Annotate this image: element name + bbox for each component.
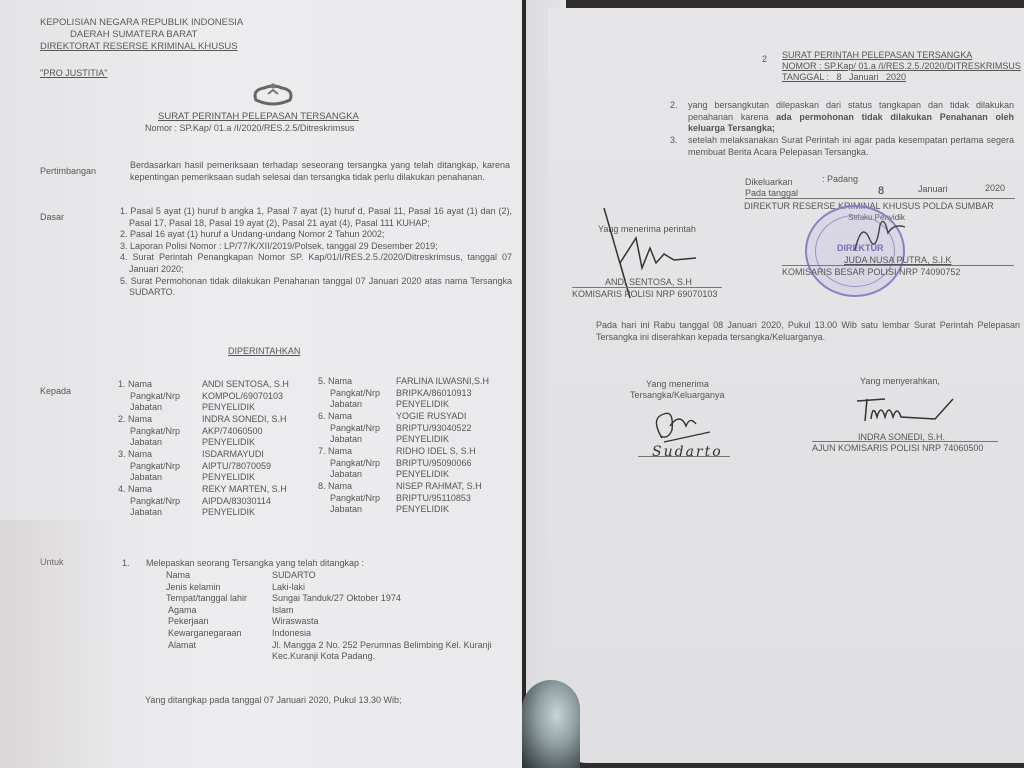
officer-nama: ISDARMAYUDI [202, 449, 264, 459]
officer-jabatan: PENYELIDIK [396, 469, 449, 479]
officer-nama: NISEP RAHMAT, S.H [396, 481, 482, 491]
officer-jabatan-label: Jabatan [130, 507, 162, 517]
dasar-list: 1. Pasal 5 ayat (1) huruf b angka 1, Pas… [120, 206, 512, 299]
item-2-number: 2. [670, 100, 678, 112]
suspect-field-value: Laki-laki [272, 582, 514, 594]
suspect-field-value: Jl. Mangga 2 No. 252 Perumnas Belimbing … [272, 640, 514, 663]
officer-jabatan: PENYELIDIK [202, 437, 255, 447]
director-rank: KOMISARIS BESAR POLISI NRP 74090752 [782, 267, 960, 279]
officer-jabatan: PENYELIDIK [202, 507, 255, 517]
officer-pangkat-label: Pangkat/Nrp [330, 423, 380, 433]
officer-jabatan-label: Jabatan [330, 399, 362, 409]
suspect-field-value: Indonesia [272, 628, 514, 640]
officer-nama-label: 5. Nama [318, 376, 352, 386]
officer-pangkat-label: Pangkat/Nrp [130, 461, 180, 471]
svg-text:Sudarto: Sudarto [652, 444, 723, 460]
officer-nama: FARLINA ILWASNI,S.H [396, 376, 489, 386]
officer-jabatan: PENYELIDIK [396, 399, 449, 409]
issued-place-label: Dikeluarkan [745, 177, 793, 189]
officer-jabatan-label: Jabatan [330, 469, 362, 479]
officer-nama: INDRA SONEDI, S.H [202, 414, 287, 424]
dasar-item: 1. Pasal 5 ayat (1) huruf b angka 1, Pas… [120, 206, 512, 229]
receiver-rank: KOMISARIS POLISI NRP 69070103 [572, 289, 717, 301]
officer-pangkat: KOMPOL/69070103 [202, 391, 283, 401]
suspect-field-label: Jenis kelamin [166, 582, 221, 592]
issued-date-month: Januari [918, 184, 948, 196]
dasar-item: 4. Surat Perintah Penangkapan Nomor SP. … [120, 252, 512, 275]
untuk-label: Untuk [40, 557, 64, 569]
family-label-2: Tersangka/Keluarganya [630, 390, 725, 402]
issued-date-year: 2020 [985, 183, 1005, 195]
family-label-1: Yang menerima [646, 379, 709, 391]
item-3-number: 3. [670, 135, 678, 147]
date-underline [745, 198, 1015, 199]
dasar-item: 5. Surat Permohonan tidak dilakukan Pena… [120, 276, 512, 299]
officer-pangkat-label: Pangkat/Nrp [130, 391, 180, 401]
officer-pangkat: BRIPTU/93040522 [396, 423, 472, 433]
officer-nama-label: 6. Nama [318, 411, 352, 421]
header-line-3: DIREKTORAT RESERSE KRIMINAL KHUSUS [40, 41, 238, 53]
handover-signature [855, 395, 955, 425]
dasar-item: 2. Pasal 16 ayat (1) huruf a Undang-unda… [120, 229, 512, 241]
officer-nama: RIDHO IDEL S, S.H [396, 446, 476, 456]
suspect-field-label: Kewarganegaraan [168, 628, 242, 638]
officer-pangkat-label: Pangkat/Nrp [130, 496, 180, 506]
handover-signature-line [812, 441, 998, 442]
family-signature-line [638, 456, 730, 457]
officer-nama: YOGIE RUSYADI [396, 411, 466, 421]
glass-bottle-object [522, 680, 580, 768]
header-line-1: KEPOLISIAN NEGARA REPUBLIK INDONESIA [40, 17, 243, 29]
officer-pangkat-label: Pangkat/Nrp [330, 493, 380, 503]
untuk-number: 1. [122, 558, 130, 570]
ref-number: 2 [762, 54, 767, 66]
receiver-signature-line [572, 287, 722, 288]
suspect-field-value: SUDARTO [272, 570, 514, 582]
handover-label: Yang menyerahkan, [860, 376, 940, 388]
pro-justitia: "PRO JUSTITIA" [40, 68, 107, 80]
officer-nama-label: 7. Nama [318, 446, 352, 456]
officer-nama-label: 1. Nama [118, 379, 152, 389]
document-number: Nomor : SP.Kap/ 01.a /I/2020/RES.2.5/Dit… [145, 123, 354, 135]
officer-jabatan-label: Jabatan [330, 434, 362, 444]
left-document-page: KEPOLISIAN NEGARA REPUBLIK INDONESIA DAE… [0, 0, 522, 768]
ref-nomor: NOMOR : SP.Kap/ 01.a /I/RES.2.5./2020/DI… [782, 61, 1021, 73]
officer-pangkat-label: Pangkat/Nrp [330, 458, 380, 468]
officer-pangkat: AKP/74060500 [202, 426, 263, 436]
suspect-field-label: Agama [168, 605, 197, 615]
officer-nama-label: 8. Nama [318, 481, 352, 491]
officer-jabatan-label: Jabatan [330, 504, 362, 514]
pertimbangan-text: Berdasarkan hasil pemeriksaan terhadap s… [130, 160, 510, 183]
item-2-text: yang bersangkutan dilepaskan dari status… [688, 100, 1014, 135]
suspect-field-value: Islam [272, 605, 514, 617]
dasar-item: 3. Laporan Polisi Nomor : LP/77/K/XII/20… [120, 241, 512, 253]
officer-jabatan-label: Jabatan [130, 472, 162, 482]
family-signature: Sudarto [650, 408, 720, 458]
officer-jabatan-label: Jabatan [130, 437, 162, 447]
officer-jabatan: PENYELIDIK [202, 472, 255, 482]
officer-nama-label: 2. Nama [118, 414, 152, 424]
kepada-label: Kepada [40, 386, 71, 398]
suspect-field-value: Wiraswasta [272, 616, 514, 628]
officer-pangkat-label: Pangkat/Nrp [130, 426, 180, 436]
officer-pangkat: AIPTU/78070059 [202, 461, 271, 471]
officer-jabatan-label: Jabatan [130, 402, 162, 412]
police-emblem-icon [250, 80, 296, 108]
officer-pangkat: BRIPKA/86010913 [396, 388, 472, 398]
officer-jabatan: PENYELIDIK [202, 402, 255, 412]
dasar-label: Dasar [40, 212, 64, 224]
handover-note: Pada hari ini Rabu tanggal 08 Januari 20… [596, 320, 1020, 343]
officer-nama: REKY MARTEN, S.H [202, 484, 287, 494]
director-signature-line [782, 265, 1014, 266]
officer-pangkat: BRIPTU/95110853 [396, 493, 471, 503]
document-title: SURAT PERINTAH PELEPASAN TERSANGKA [158, 111, 359, 123]
pertimbangan-label: Pertimbangan [40, 166, 96, 178]
officer-jabatan: PENYELIDIK [396, 434, 449, 444]
suspect-field-label: Nama [166, 570, 190, 580]
untuk-intro: Melepaskan seorang Tersangka yang telah … [146, 558, 364, 570]
officer-nama: ANDI SENTOSA, S.H [202, 379, 289, 389]
handover-rank: AJUN KOMISARIS POLISI NRP 74060500 [812, 443, 983, 455]
officer-pangkat: BRIPTU/95090066 [396, 458, 472, 468]
suspect-field-value: Sungai Tanduk/27 Oktober 1974 [272, 593, 514, 605]
ref-date: TANGGAL : 8 Januari 2020 [782, 72, 906, 84]
officer-jabatan: PENYELIDIK [396, 504, 449, 514]
director-signature [850, 215, 910, 255]
officer-nama-label: 3. Nama [118, 449, 152, 459]
officer-pangkat-label: Pangkat/Nrp [330, 388, 380, 398]
suspect-field-label: Pekerjaan [168, 616, 209, 626]
diperintahkan-heading: DIPERINTAHKAN [228, 346, 300, 358]
ref-title: SURAT PERINTAH PELEPASAN TERSANGKA [782, 50, 972, 62]
issued-place-value: : Padang [822, 174, 858, 186]
issued-date-day: 8 [878, 186, 884, 198]
item-3-text: setelah melaksanakan Surat Perintah ini … [688, 135, 1014, 158]
header-line-2: DAERAH SUMATERA BARAT [70, 29, 197, 41]
suspect-field-label: Alamat [168, 640, 196, 650]
officer-pangkat: AIPDA/83030114 [202, 496, 271, 506]
officer-nama-label: 4. Nama [118, 484, 152, 494]
suspect-field-label: Tempat/tanggal lahir [166, 593, 247, 603]
arrest-note: Yang ditangkap pada tanggal 07 Januari 2… [145, 695, 402, 707]
